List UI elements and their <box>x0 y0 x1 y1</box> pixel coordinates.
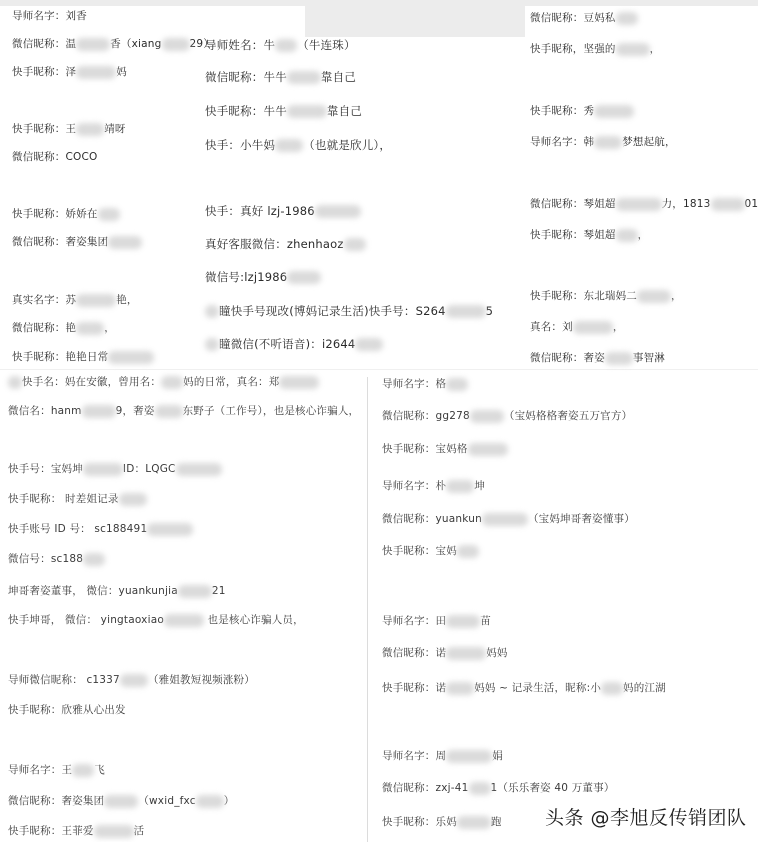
redaction-blur <box>616 12 638 25</box>
field-label: 快手名： <box>22 376 65 388</box>
field-label: 微信昵称： <box>530 352 584 364</box>
redaction-blur <box>8 376 22 389</box>
redaction-blur <box>446 615 480 628</box>
field-value-continued: 娟 <box>492 750 503 762</box>
field-value: 坚强的 <box>584 43 616 55</box>
field-value: 周 <box>436 750 447 762</box>
field-label: 真实名字： <box>12 294 66 306</box>
redaction-blur <box>446 647 486 660</box>
field-label: 快手昵称： <box>12 66 66 78</box>
record-line: 快手昵称：牛牛靠自己 <box>205 103 362 119</box>
field-value-continued: （雅姐教短视频涨粉） <box>148 674 255 686</box>
record-line: 微信昵称：牛牛靠自己 <box>205 69 356 85</box>
redaction-blur <box>601 682 623 695</box>
field-value: 牛牛 <box>264 104 287 118</box>
record-line: 微信昵称：奢姿集团（wxid_fxc） <box>8 793 234 809</box>
redaction-blur <box>205 338 219 351</box>
redaction-blur <box>196 795 224 808</box>
redaction-blur <box>162 38 190 51</box>
field-value: 乐妈 <box>436 816 457 828</box>
field-label: 快手昵称： <box>8 704 62 716</box>
field-value-continued: 9，奢姿 <box>116 405 155 417</box>
field-value-tail: ） <box>224 795 235 807</box>
record-line: 微信昵称：COCO <box>12 149 98 165</box>
field-label: 快手： <box>205 138 240 152</box>
redaction-blur <box>83 553 105 566</box>
record-line: 快手昵称：宝妈 <box>382 543 479 559</box>
record-line: 快手昵称：东北瑞妈二， <box>530 288 682 304</box>
field-label: 快手昵称： <box>382 816 436 828</box>
field-value-continued: （wxid_fxc <box>138 795 195 807</box>
field-label: 坤哥奢姿董事， <box>8 585 83 597</box>
field-value: 秀 <box>584 105 595 117</box>
field-label: 快手昵称： <box>8 825 62 837</box>
field-value-continued: 力，1813 <box>662 198 711 210</box>
redaction-blur <box>711 198 745 211</box>
record-line: 快手昵称：王靖呀 <box>12 121 126 137</box>
field-value: 诺 <box>436 682 447 694</box>
record-line: 快手昵称：琴姐超， <box>530 227 648 243</box>
field-value-continued: 苗 <box>480 615 491 627</box>
field-label: 导师名字： <box>382 750 436 762</box>
watermark-text: 头条 @李旭反传销团队 <box>545 803 750 830</box>
redaction-blur <box>446 378 468 391</box>
field-label: 导师姓名： <box>205 38 264 52</box>
field-label: 快手昵称： <box>382 443 436 455</box>
record-line: 快手昵称：泽妈 <box>12 64 127 80</box>
field-value: 琴姐超 <box>584 229 616 241</box>
record-line: 微信昵称：yuankun（宝妈坤哥奢姿懂事） <box>382 511 635 527</box>
field-value: sc188 <box>51 553 83 565</box>
field-value: 王 <box>66 123 77 135</box>
field-value-continued: ID：LQGC <box>123 463 176 475</box>
record-line: 快手昵称：秀 <box>530 103 634 119</box>
field-value: 田 <box>436 615 447 627</box>
field-value: 琴姐超 <box>584 198 616 210</box>
redaction-blur <box>446 682 474 695</box>
redaction-blur <box>82 405 116 418</box>
field-label: 快手昵称： <box>8 493 62 505</box>
field-label: 导师名字： <box>382 378 436 390</box>
field-value: 苏 <box>66 294 77 306</box>
redaction-blur <box>616 229 638 242</box>
field-value: 牛牛 <box>264 70 287 84</box>
field-value: c1337 <box>83 674 120 686</box>
field-value-tail: 01 <box>745 198 758 210</box>
record-line: 导师名字：周娟 <box>382 748 503 764</box>
redaction-blur <box>72 764 94 777</box>
field-label: 快手昵称， <box>530 43 584 55</box>
redaction-blur <box>76 322 104 335</box>
field-label: 快手昵称： <box>205 104 264 118</box>
field-value-continued: 21 <box>212 585 226 597</box>
field-value: 朴 <box>436 480 447 492</box>
field-value-continued: 靠自己 <box>327 104 362 118</box>
field-value-continued: 飞 <box>94 764 105 776</box>
field-value-continued: ， <box>104 322 115 334</box>
field-label: 微信号: <box>205 270 244 284</box>
redaction-blur <box>76 38 110 51</box>
redaction-blur <box>457 545 479 558</box>
field-value-continued: ， <box>613 321 624 333</box>
field-label: 微信昵称： <box>530 198 584 210</box>
redaction-blur <box>275 39 297 52</box>
field-value: 刘 <box>562 321 573 333</box>
field-value-continued: 事智淋 <box>633 352 665 364</box>
record-line: 微信号:lzj1986 <box>205 269 321 285</box>
redaction-blur <box>315 205 361 218</box>
record-line: 微信昵称：温香（xiang29） <box>12 36 214 52</box>
field-label: 快手账号 ID 号： <box>8 523 91 535</box>
record-line: 真实名字：苏艳， <box>12 292 138 308</box>
field-label: 快手： <box>205 204 240 218</box>
field-label: 快手昵称： <box>12 123 66 135</box>
record-line: 快手：小牛妈（也就是欣儿）， <box>205 137 391 153</box>
field-value: 瞳快手号现改(博妈记录生活)快手号：S264 <box>219 304 446 318</box>
field-value: hanm <box>51 405 82 417</box>
redaction-blur <box>469 782 491 795</box>
field-value: 奢姿集团 <box>66 236 109 248</box>
record-line: 坤哥奢姿董事， 微信：yuankunjia21 <box>8 583 226 599</box>
field-value-continued: 妈 <box>116 66 127 78</box>
field-value-continued: （也就是欣儿）， <box>303 138 391 152</box>
redaction-blur <box>446 305 486 318</box>
redaction-blur <box>279 376 319 389</box>
field-label: 导师微信昵称： <box>8 674 83 686</box>
field-value: 诺 <box>436 647 447 659</box>
field-label: 快手昵称： <box>530 229 584 241</box>
record-line: 快手昵称： 时差姐记录 <box>8 491 147 507</box>
divider-bottom-right <box>367 377 368 842</box>
field-value-continued: 活 <box>134 825 145 837</box>
redaction-blur <box>178 585 212 598</box>
record-line: 真名：刘， <box>530 319 624 335</box>
field-value: lzj1986 <box>244 270 287 284</box>
record-line: 瞳微信(不听语音)：i2644 <box>205 336 383 352</box>
field-value: zhenhaoz <box>287 237 344 251</box>
field-value-continued: （宝妈格格奢姿五万官方） <box>504 410 632 422</box>
record-line: 导师名字：格 <box>382 376 468 392</box>
redaction-blur <box>147 523 193 536</box>
record-line: 微信昵称：艳， <box>12 320 115 336</box>
record-line: 快手昵称：诺妈妈 ~ 记录生活，昵称:小妈的江湖 <box>382 680 666 696</box>
redaction-blur <box>76 66 116 79</box>
field-value: 奢姿集团 <box>62 795 105 807</box>
field-value: 宝妈 <box>436 545 457 557</box>
field-label: 快手昵称： <box>12 208 66 220</box>
redaction-blur <box>161 376 183 389</box>
redaction-blur <box>155 405 183 418</box>
field-label: 微信昵称： <box>12 236 66 248</box>
field-value: 娇娇在 <box>66 208 98 220</box>
record-line: 微信昵称：豆妈私 <box>530 10 638 26</box>
top-gray-block <box>305 0 525 37</box>
redaction-blur <box>446 480 474 493</box>
record-line: 快手昵称：艳艳日常 <box>12 349 154 365</box>
field-label: 快手昵称： <box>382 545 436 557</box>
field-value: 温 <box>66 38 77 50</box>
field-value-continued: ， <box>650 43 661 55</box>
record-line: 真好客服微信：zhenhaoz <box>205 236 366 252</box>
field-value-continued: 跑 <box>491 816 502 828</box>
field-label: 微信昵称： <box>382 782 436 794</box>
field-value: 宝妈格 <box>436 443 468 455</box>
record-line: 导师名字：韩梦想起航， <box>530 134 676 150</box>
record-line: 快手昵称：王菲爱活 <box>8 823 144 839</box>
redaction-blur <box>287 71 321 84</box>
redaction-blur <box>616 43 650 56</box>
field-value: zxj-41 <box>436 782 469 794</box>
record-line: 快手：真好 lzj-1986 <box>205 203 361 219</box>
record-line: 快手昵称：欣雅从心出发 <box>8 702 126 718</box>
field-label: 快手号： <box>8 463 51 475</box>
redaction-blur <box>457 816 491 829</box>
field-label: 快手昵称： <box>530 105 584 117</box>
field-label: 导师名字： <box>12 10 66 22</box>
field-value: 妈在安徽，曾用名： <box>65 376 161 388</box>
field-label: 微信昵称： <box>8 795 62 807</box>
divider-horizontal <box>0 369 758 370</box>
redaction-blur <box>76 123 104 136</box>
field-value-tail: 妈的江湖 <box>623 682 666 694</box>
field-value: 格 <box>436 378 447 390</box>
record-line: 快手号：宝妈坤ID：LQGC <box>8 461 222 477</box>
redaction-blur <box>594 136 622 149</box>
field-label: 微信昵称： <box>382 410 436 422</box>
redaction-blur <box>482 513 528 526</box>
record-line: 微信昵称：诺妈妈 <box>382 645 508 661</box>
record-line: 导师微信昵称： c1337（雅姐教短视频涨粉） <box>8 672 255 688</box>
field-value: 艳艳日常 <box>66 351 109 363</box>
redaction-blur <box>446 750 492 763</box>
field-label: 快手昵称： <box>530 290 584 302</box>
field-value-continued: 妈妈 <box>486 647 507 659</box>
redaction-blur <box>205 305 219 318</box>
redaction-blur <box>605 352 633 365</box>
field-value-continued: 妈妈 ~ 记录生活，昵称:小 <box>474 682 601 694</box>
redaction-blur <box>344 238 366 251</box>
field-label: 快手昵称： <box>382 682 436 694</box>
field-label: 微信昵称： <box>205 70 264 84</box>
field-value: gg278 <box>436 410 470 422</box>
field-label: 微信昵称： <box>12 322 66 334</box>
record-line: 微信昵称：zxj-411（乐乐奢姿 40 万董事） <box>382 780 615 796</box>
field-value: 欣雅从心出发 <box>62 704 126 716</box>
redaction-blur <box>94 825 134 838</box>
field-label: 快手坤哥， <box>8 614 62 626</box>
record-line: 快手昵称：宝妈格 <box>382 441 508 457</box>
field-value-continued: 梦想起航， <box>622 136 676 148</box>
field-value: 豆妈私 <box>584 12 616 24</box>
redaction-blur <box>275 139 303 152</box>
record-line: 快手坤哥， 微信： yingtaoxiao 也是核心诈骗人员， <box>8 612 304 628</box>
field-value-continued: 妈的日常，真名：郑 <box>183 376 279 388</box>
field-value: sc188491 <box>91 523 147 535</box>
record-line: 快手账号 ID 号： sc188491 <box>8 521 193 537</box>
redaction-blur <box>573 321 613 334</box>
redaction-blur <box>287 271 321 284</box>
record-line: 导师名字：朴坤 <box>382 478 485 494</box>
redaction-blur <box>104 795 138 808</box>
field-label: 微信昵称： <box>530 12 584 24</box>
field-value: 真好 lzj-1986 <box>240 204 315 218</box>
record-line: 微信号：sc188 <box>8 551 105 567</box>
field-value: yuankun <box>436 513 482 525</box>
field-value: 微信：yuankunjia <box>83 585 178 597</box>
field-label: 真名： <box>530 321 562 333</box>
record-line: 微信名：hanm9，奢姿东野子（工作号），也是核心诈骗人， <box>8 403 359 419</box>
record-line: 导师名字：田苗 <box>382 613 491 629</box>
field-value-continued: 香（xiang <box>110 38 161 50</box>
record-line: 微信昵称：gg278（宝妈格格奢姿五万官方） <box>382 408 632 424</box>
field-label: 真好客服微信： <box>205 237 287 251</box>
field-value: 牛 <box>264 38 276 52</box>
field-value: 瞳微信(不听语音)：i2644 <box>219 337 355 351</box>
field-value: 时差姐记录 <box>62 493 119 505</box>
field-label: 快手昵称： <box>12 351 66 363</box>
redaction-blur <box>83 463 123 476</box>
field-label: 微信昵称： <box>382 513 436 525</box>
field-value-continued: 1（乐乐奢姿 40 万董事） <box>491 782 615 794</box>
field-value: 宝妈坤 <box>51 463 83 475</box>
field-label: 导师名字： <box>382 480 436 492</box>
field-value-continued: 坤 <box>474 480 485 492</box>
record-line: 微信昵称：奢姿集团 <box>12 234 142 250</box>
record-line: 导师姓名：牛（牛连珠） <box>205 37 356 53</box>
record-line: 瞳快手号现改(博妈记录生活)快手号：S2645 <box>205 303 493 319</box>
record-line: 导师名字：刘香 <box>12 8 87 24</box>
field-value: COCO <box>66 151 98 163</box>
field-value-continued: 靖呀 <box>104 123 125 135</box>
record-line: 微信昵称：琴姐超力，181301 <box>530 196 758 212</box>
redaction-blur <box>468 443 508 456</box>
field-value: 韩 <box>584 136 595 148</box>
redaction-blur <box>120 674 148 687</box>
redaction-blur <box>637 290 671 303</box>
redaction-blur <box>470 410 504 423</box>
field-label: 微信昵称： <box>12 38 66 50</box>
record-line: 快手名：妈在安徽，曾用名：妈的日常，真名：郑 <box>8 374 319 390</box>
redaction-blur <box>98 208 120 221</box>
record-line: 导师名字：王飞 <box>8 762 105 778</box>
field-value: 泽 <box>66 66 77 78</box>
field-value: 小牛妈 <box>240 138 275 152</box>
field-value: 东北瑞妈二 <box>584 290 638 302</box>
field-value-continued: （牛连珠） <box>297 38 356 52</box>
field-value: 微信： yingtaoxiao <box>62 614 164 626</box>
record-line: 微信昵称：奢姿事智淋 <box>530 350 665 366</box>
field-label: 导师名字： <box>382 615 436 627</box>
field-value-continued: ， <box>671 290 682 302</box>
field-label: 微信号： <box>8 553 51 565</box>
redaction-blur <box>108 351 154 364</box>
field-label: 微信昵称： <box>12 151 66 163</box>
field-value-continued: 也是核心诈骗人员， <box>204 614 304 626</box>
field-value: 奢姿 <box>584 352 605 364</box>
redaction-blur <box>76 294 116 307</box>
redaction-blur <box>119 493 147 506</box>
field-value: 王 <box>62 764 73 776</box>
field-value: 王菲爱 <box>62 825 94 837</box>
field-label: 微信昵称： <box>382 647 436 659</box>
field-value-continued: ， <box>638 229 649 241</box>
field-label: 微信名： <box>8 405 51 417</box>
field-label: 导师名字： <box>8 764 62 776</box>
field-value-continued: 5 <box>486 304 494 318</box>
redaction-blur <box>176 463 222 476</box>
field-value-continued: 靠自己 <box>321 70 356 84</box>
field-value-continued: 艳， <box>116 294 137 306</box>
redaction-blur <box>355 338 383 351</box>
record-line: 快手昵称：娇娇在 <box>12 206 120 222</box>
field-value-tail: 东野子（工作号），也是核心诈骗人， <box>183 405 360 417</box>
redaction-blur <box>108 236 142 249</box>
redaction-blur <box>616 198 662 211</box>
redaction-blur <box>287 105 327 118</box>
field-value: 刘香 <box>66 10 87 22</box>
record-line: 快手昵称，坚强的， <box>530 41 660 57</box>
field-label: 导师名字： <box>530 136 584 148</box>
record-line: 快手昵称：乐妈跑 <box>382 814 502 830</box>
redaction-blur <box>594 105 634 118</box>
field-value: 艳 <box>66 322 77 334</box>
redaction-blur <box>164 614 204 627</box>
field-value-continued: （宝妈坤哥奢姿懂事） <box>528 513 635 525</box>
